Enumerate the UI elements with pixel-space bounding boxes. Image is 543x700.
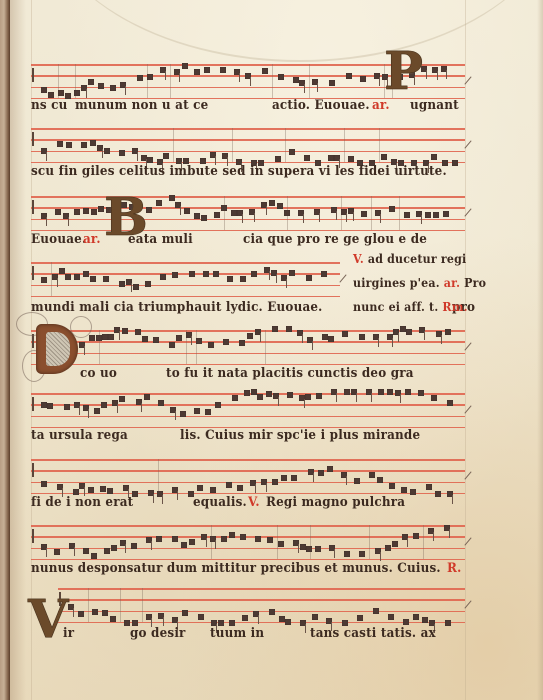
note-stem bbox=[421, 215, 422, 224]
side-rubric-line: V. ad ducetur regi bbox=[353, 252, 466, 266]
note-stem bbox=[407, 538, 408, 547]
page-edge bbox=[537, 0, 543, 700]
neume-note bbox=[410, 489, 416, 495]
note-stem bbox=[86, 89, 87, 98]
neume-note bbox=[153, 337, 159, 343]
response-sign: Rm. bbox=[438, 300, 467, 314]
neume-note bbox=[64, 404, 70, 410]
lyric-text: cia que pro re ge glou e de bbox=[243, 232, 427, 247]
neume-note bbox=[360, 76, 366, 82]
neume-note bbox=[251, 271, 257, 277]
neume-note bbox=[220, 67, 226, 73]
division-line bbox=[88, 588, 89, 622]
staff-line bbox=[31, 470, 465, 472]
clef-mark bbox=[32, 200, 34, 214]
clef-mark bbox=[32, 266, 34, 280]
music-staff bbox=[31, 525, 465, 561]
neume-note bbox=[285, 619, 291, 625]
note-stem bbox=[312, 341, 313, 350]
initial-filigree bbox=[46, 332, 70, 366]
neume-note bbox=[242, 615, 248, 621]
neume-note bbox=[306, 275, 312, 281]
music-staff bbox=[31, 459, 465, 495]
neume-note bbox=[147, 157, 153, 163]
neume-note bbox=[66, 142, 72, 148]
note-stem bbox=[46, 548, 47, 557]
neume-note bbox=[357, 615, 363, 621]
neume-note bbox=[447, 400, 453, 406]
neume-note bbox=[359, 551, 365, 557]
lyric-text: ns cu bbox=[31, 98, 67, 113]
neume-note bbox=[305, 394, 311, 400]
neume-note bbox=[83, 208, 89, 214]
note-stem bbox=[46, 217, 47, 226]
lyric-text: munum non u at ce bbox=[75, 98, 208, 113]
neume-note bbox=[160, 274, 166, 280]
neume-note bbox=[247, 333, 253, 339]
clef-mark bbox=[32, 529, 34, 543]
neume-note bbox=[198, 614, 204, 620]
neume-note bbox=[278, 541, 284, 547]
neume-note bbox=[182, 63, 188, 69]
neume-note bbox=[119, 396, 125, 402]
neume-note bbox=[405, 389, 411, 395]
neume-note bbox=[194, 213, 200, 219]
division-line bbox=[310, 525, 311, 559]
note-stem bbox=[336, 211, 337, 220]
side-text: nunc ei aff. t. bbox=[353, 300, 438, 314]
neume-note bbox=[169, 342, 175, 348]
note-stem bbox=[250, 77, 251, 86]
division-line bbox=[369, 525, 370, 559]
neume-note bbox=[83, 548, 89, 554]
note-stem bbox=[380, 214, 381, 223]
neume-note bbox=[172, 272, 178, 278]
neume-note bbox=[291, 475, 297, 481]
note-stem bbox=[334, 549, 335, 558]
note-stem bbox=[398, 333, 399, 342]
neume-note bbox=[83, 271, 89, 277]
division-line bbox=[173, 128, 174, 162]
note-stem bbox=[392, 338, 393, 347]
neume-note bbox=[210, 487, 216, 493]
neume-note bbox=[346, 73, 352, 79]
note-stem bbox=[258, 615, 259, 624]
neume-note bbox=[137, 75, 143, 81]
neume-note bbox=[203, 271, 209, 277]
neume-note bbox=[156, 200, 162, 206]
neume-note bbox=[237, 485, 243, 491]
staff-line bbox=[31, 459, 465, 461]
neume-note bbox=[144, 394, 150, 400]
neume-note bbox=[74, 274, 80, 280]
book-binding bbox=[0, 0, 10, 700]
note-stem bbox=[163, 617, 164, 626]
neume-note bbox=[226, 482, 232, 488]
neume-note bbox=[90, 140, 96, 146]
neume-note bbox=[404, 212, 410, 218]
note-stem bbox=[400, 394, 401, 403]
note-stem bbox=[141, 403, 142, 412]
lyric-text: go desir bbox=[130, 626, 186, 641]
note-stem bbox=[378, 338, 379, 347]
neume-note bbox=[156, 536, 162, 542]
neume-note bbox=[267, 537, 273, 543]
neume-note bbox=[74, 209, 80, 215]
neume-note bbox=[359, 334, 365, 340]
neume-note bbox=[369, 472, 375, 478]
note-stem bbox=[177, 491, 178, 500]
neume-note bbox=[103, 276, 109, 282]
note-stem bbox=[319, 213, 320, 222]
note-stem bbox=[446, 70, 447, 79]
division-line bbox=[142, 588, 143, 622]
neume-note bbox=[318, 470, 324, 476]
neume-note bbox=[269, 609, 275, 615]
note-stem bbox=[117, 404, 118, 413]
note-stem bbox=[137, 152, 138, 161]
note-stem bbox=[452, 495, 453, 504]
neume-note bbox=[240, 534, 246, 540]
clef-mark bbox=[32, 463, 34, 477]
neume-note bbox=[78, 611, 84, 617]
neume-note bbox=[304, 155, 310, 161]
note-stem bbox=[424, 331, 425, 340]
neume-note bbox=[119, 281, 125, 287]
lyric-text: tuum in bbox=[210, 626, 264, 641]
neume-note bbox=[65, 274, 71, 280]
neume-note bbox=[163, 153, 169, 159]
neume-note bbox=[74, 90, 80, 96]
neume-note bbox=[342, 331, 348, 337]
staff-line bbox=[31, 296, 340, 298]
neume-note bbox=[361, 211, 367, 217]
note-stem bbox=[356, 393, 357, 402]
music-staff bbox=[31, 128, 465, 164]
neume-note bbox=[445, 620, 451, 626]
neume-note bbox=[145, 281, 151, 287]
page-curl bbox=[40, 0, 543, 62]
division-line bbox=[196, 330, 197, 364]
clef-mark bbox=[32, 397, 34, 411]
division-line bbox=[265, 330, 266, 364]
note-stem bbox=[380, 552, 381, 561]
note-stem bbox=[239, 73, 240, 82]
note-stem bbox=[151, 541, 152, 550]
note-stem bbox=[266, 206, 267, 215]
neume-note bbox=[232, 395, 238, 401]
neume-note bbox=[41, 87, 47, 93]
note-stem bbox=[304, 84, 305, 93]
neume-note bbox=[418, 390, 424, 396]
neume-note bbox=[94, 408, 100, 414]
neume-note bbox=[182, 610, 188, 616]
neume-note bbox=[289, 149, 295, 155]
neume-note bbox=[213, 271, 219, 277]
neume-note bbox=[388, 614, 394, 620]
neume-note bbox=[381, 154, 387, 160]
neume-note bbox=[214, 212, 220, 218]
neume-note bbox=[272, 479, 278, 485]
side-rubric-line: uirgines p'ea. ar. Pro bbox=[353, 276, 486, 290]
note-stem bbox=[165, 71, 166, 80]
note-stem bbox=[57, 278, 58, 287]
lyric-text: co uo bbox=[80, 366, 117, 381]
note-stem bbox=[426, 70, 427, 79]
neume-note bbox=[431, 154, 437, 160]
neume-note bbox=[102, 610, 108, 616]
staff-line bbox=[31, 525, 465, 527]
note-stem bbox=[153, 494, 154, 503]
neume-note bbox=[57, 141, 63, 147]
decorated-initial-p: P bbox=[384, 42, 423, 102]
lyric-text: lis. Cuius mir spc'ie i plus mirande bbox=[180, 428, 420, 443]
neume-note bbox=[204, 67, 210, 73]
neume-note bbox=[189, 539, 195, 545]
neume-note bbox=[104, 148, 110, 154]
neume-note bbox=[392, 541, 398, 547]
note-stem bbox=[346, 476, 347, 485]
staff-line bbox=[31, 285, 340, 287]
neume-note bbox=[41, 481, 47, 487]
neume-note bbox=[229, 532, 235, 538]
neume-note bbox=[131, 543, 137, 549]
note-stem bbox=[346, 213, 347, 222]
neume-note bbox=[88, 487, 94, 493]
note-stem bbox=[266, 483, 267, 492]
note-stem bbox=[305, 624, 306, 633]
neume-note bbox=[205, 409, 211, 415]
note-stem bbox=[276, 274, 277, 283]
neume-note bbox=[278, 74, 284, 80]
rubric-text: R. bbox=[447, 561, 461, 576]
note-stem bbox=[179, 73, 180, 82]
note-stem bbox=[379, 77, 380, 86]
staff-line bbox=[31, 548, 465, 550]
note-stem bbox=[449, 529, 450, 538]
neume-note bbox=[221, 205, 227, 211]
note-stem bbox=[74, 547, 75, 556]
neume-note bbox=[223, 339, 229, 345]
neume-note bbox=[387, 389, 393, 395]
music-staff bbox=[31, 262, 340, 298]
neume-note bbox=[306, 546, 312, 552]
side-text: ad ducetur regi bbox=[368, 252, 467, 266]
lyric-text: scu fin giles celitus imbute sed in supe… bbox=[31, 164, 447, 179]
note-stem bbox=[162, 495, 163, 504]
note-stem bbox=[353, 212, 354, 221]
staff-line bbox=[31, 341, 465, 343]
neume-note bbox=[135, 329, 141, 335]
staff-line bbox=[31, 139, 465, 141]
neume-note bbox=[435, 491, 441, 497]
neume-note bbox=[389, 483, 395, 489]
note-stem bbox=[242, 214, 243, 223]
division-line bbox=[224, 196, 225, 230]
note-stem bbox=[68, 217, 69, 226]
division-line bbox=[272, 64, 273, 98]
neume-note bbox=[378, 389, 384, 395]
neume-note bbox=[431, 395, 437, 401]
clef-mark bbox=[32, 132, 34, 146]
note-stem bbox=[371, 393, 372, 402]
neume-note bbox=[262, 68, 268, 74]
note-stem bbox=[303, 214, 304, 223]
division-line bbox=[211, 525, 212, 559]
note-stem bbox=[317, 83, 318, 92]
neume-note bbox=[227, 276, 233, 282]
neume-note bbox=[189, 271, 195, 277]
division-line bbox=[158, 459, 159, 493]
neume-note bbox=[445, 329, 451, 335]
neume-note bbox=[88, 79, 94, 85]
neume-note bbox=[425, 212, 431, 218]
neume-note bbox=[433, 212, 439, 218]
neume-note bbox=[275, 156, 281, 162]
neume-note bbox=[257, 394, 263, 400]
side-text-tail: Pro bbox=[460, 276, 486, 290]
note-stem bbox=[46, 152, 47, 161]
staff-line bbox=[31, 262, 340, 264]
neume-note bbox=[107, 488, 113, 494]
note-stem bbox=[175, 411, 176, 420]
side-text: uirgines p'ea. bbox=[353, 276, 440, 290]
neume-note bbox=[377, 477, 383, 483]
neume-note bbox=[344, 551, 350, 557]
decorated-initial-v: V bbox=[28, 590, 68, 650]
neume-note bbox=[201, 215, 207, 221]
rubric-text: ar. bbox=[83, 232, 101, 247]
neume-note bbox=[91, 553, 97, 559]
lyric-text: nunus desponsatur dum mittitur precibus … bbox=[31, 561, 441, 576]
neume-note bbox=[284, 210, 290, 216]
neume-note bbox=[41, 277, 47, 283]
custos-mark bbox=[339, 274, 346, 282]
note-stem bbox=[131, 283, 132, 292]
neume-note bbox=[92, 609, 98, 615]
neume-note bbox=[221, 536, 227, 542]
note-stem bbox=[269, 271, 270, 280]
neume-note bbox=[122, 328, 128, 334]
neume-note bbox=[239, 340, 245, 346]
neume-note bbox=[289, 270, 295, 276]
staff-line bbox=[31, 128, 465, 130]
neume-note bbox=[47, 403, 53, 409]
note-stem bbox=[73, 608, 74, 617]
lyric-text: to fu it nata placitis cunctis deo gra bbox=[166, 366, 414, 381]
neume-note bbox=[329, 80, 335, 86]
division-line bbox=[147, 64, 148, 98]
neume-note bbox=[327, 466, 333, 472]
neume-note bbox=[111, 545, 117, 551]
neume-note bbox=[101, 402, 107, 408]
response-sign: ar. bbox=[440, 276, 460, 290]
division-line bbox=[232, 128, 233, 162]
neume-note bbox=[108, 334, 114, 340]
neume-note bbox=[208, 342, 214, 348]
neume-note bbox=[403, 619, 409, 625]
neume-note bbox=[389, 206, 395, 212]
neume-note bbox=[181, 542, 187, 548]
neume-note bbox=[158, 400, 164, 406]
neume-note bbox=[89, 335, 95, 341]
neume-note bbox=[91, 209, 97, 215]
music-staff bbox=[31, 330, 465, 366]
neume-note bbox=[315, 546, 321, 552]
note-stem bbox=[336, 393, 337, 402]
neume-note bbox=[312, 614, 318, 620]
neume-note bbox=[147, 74, 153, 80]
note-stem bbox=[255, 484, 256, 493]
neume-note bbox=[401, 487, 407, 493]
neume-note bbox=[443, 211, 449, 217]
division-line bbox=[285, 128, 286, 162]
lyric-text: fi de i non erat bbox=[31, 495, 133, 510]
note-stem bbox=[437, 71, 438, 80]
neume-note bbox=[281, 475, 287, 481]
division-line bbox=[120, 588, 121, 622]
gutter-shadow bbox=[10, 0, 26, 700]
clef-mark bbox=[32, 68, 34, 82]
note-stem bbox=[102, 149, 103, 158]
decorated-initial-b: B bbox=[104, 188, 148, 248]
neume-note bbox=[98, 83, 104, 89]
neume-note bbox=[55, 209, 61, 215]
note-stem bbox=[125, 544, 126, 553]
neume-note bbox=[197, 485, 203, 491]
note-stem bbox=[191, 336, 192, 345]
lyric-text: equalis. bbox=[193, 495, 247, 510]
staff-line bbox=[31, 482, 465, 484]
neume-note bbox=[100, 486, 106, 492]
lyric-text: Euouae. bbox=[31, 232, 86, 247]
division-line bbox=[344, 128, 345, 162]
note-stem bbox=[433, 532, 434, 541]
neume-note bbox=[119, 150, 125, 156]
neume-note bbox=[215, 402, 221, 408]
division-line bbox=[371, 196, 372, 230]
staff-line bbox=[31, 404, 465, 406]
note-stem bbox=[88, 409, 89, 418]
neume-note bbox=[413, 614, 419, 620]
neume-note bbox=[90, 276, 96, 282]
note-stem bbox=[298, 544, 299, 553]
lyric-text: mundi mali cia triumphauit lydic. Euouae… bbox=[31, 300, 323, 315]
neume-note bbox=[385, 545, 391, 551]
neume-note bbox=[104, 548, 110, 554]
neume-note bbox=[255, 536, 261, 542]
neume-note bbox=[73, 489, 79, 495]
neume-note bbox=[58, 90, 64, 96]
note-stem bbox=[286, 279, 287, 288]
music-staff bbox=[31, 393, 465, 429]
neume-note bbox=[348, 156, 354, 162]
neume-note bbox=[194, 408, 200, 414]
note-stem bbox=[313, 473, 314, 482]
division-line bbox=[379, 128, 380, 162]
neume-note bbox=[142, 336, 148, 342]
note-stem bbox=[84, 346, 85, 355]
neume-note bbox=[169, 195, 175, 201]
neume-note bbox=[81, 142, 87, 148]
neume-note bbox=[422, 617, 428, 623]
division-line bbox=[170, 64, 171, 98]
note-stem bbox=[441, 335, 442, 344]
neume-note bbox=[272, 326, 278, 332]
neume-note bbox=[452, 160, 458, 166]
neume-note bbox=[110, 616, 116, 622]
illuminated-initial-d bbox=[30, 320, 82, 378]
